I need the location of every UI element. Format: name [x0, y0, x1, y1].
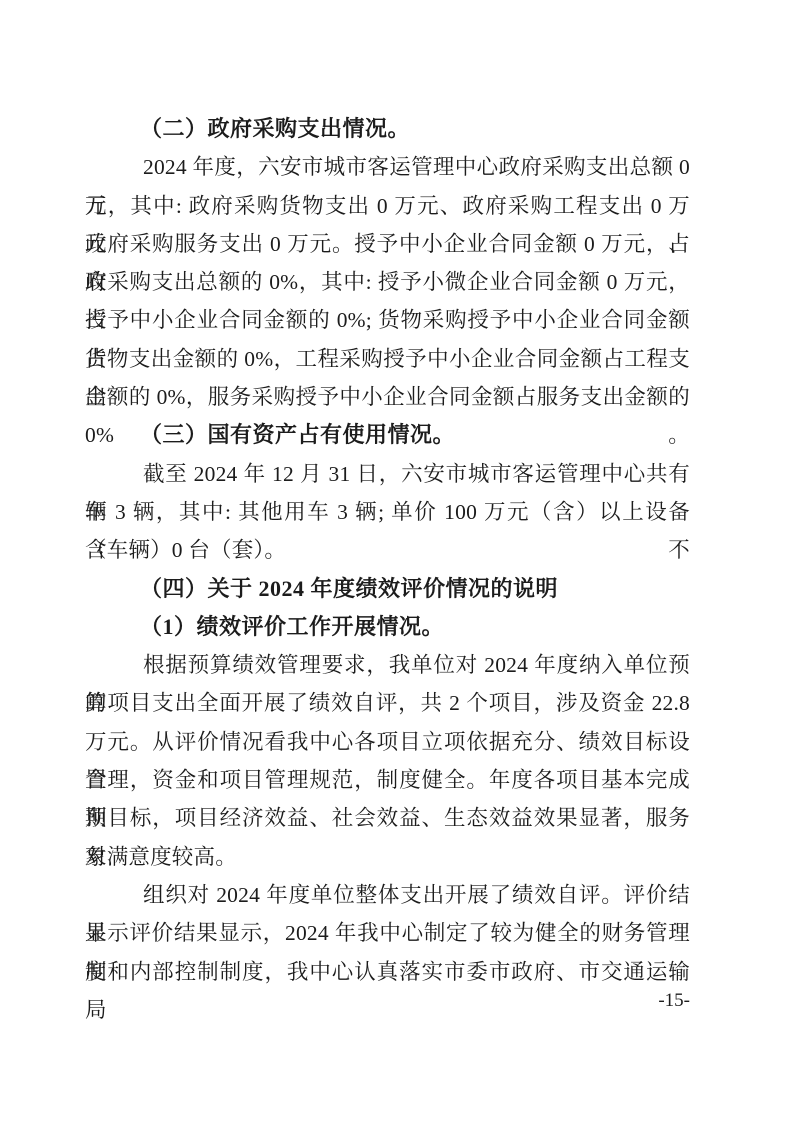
paragraph-line: 的项目支出全面开展了绩效自评，共 2 个项目，涉及资金 22.8: [85, 684, 690, 722]
document-body: （二）政府采购支出情况。 2024 年度，六安市城市客运管理中心政府采购支出总额…: [85, 110, 690, 991]
paragraph-line: 度和内部控制制度，我中心认真落实市委市政府、市交通运输局: [85, 953, 690, 991]
paragraph-line: 象满意度较高。: [85, 838, 690, 876]
paragraph-line: 组织对 2024 年度单位整体支出开展了绩效自评。评价结果: [85, 876, 690, 914]
paragraph-line: 显示评价结果显示，2024 年我中心制定了较为健全的财务管理制: [85, 914, 690, 952]
section-heading-performance-eval: （四）关于 2024 年度绩效评价情况的说明: [85, 570, 690, 608]
paragraph-line: 期目标，项目经济效益、社会效益、生态效益效果显著，服务对: [85, 799, 690, 837]
page-number: -15-: [85, 990, 690, 1012]
paragraph-line: 府采购支出总额的 0%，其中: 授予小微企业合同金额 0 万元，占: [85, 263, 690, 301]
paragraph-line: 2024 年度，六安市城市客运管理中心政府采购支出总额 0 万: [85, 148, 690, 186]
paragraph-line: 授予中小企业合同金额的 0%; 货物采购授予中小企业合同金额占: [85, 301, 690, 339]
document-page: （二）政府采购支出情况。 2024 年度，六安市城市客运管理中心政府采购支出总额…: [0, 0, 793, 1122]
paragraph-line: 辆 3 辆，其中: 其他用车 3 辆; 单价 100 万元（含）以上设备（不: [85, 493, 690, 531]
paragraph-line: 根据预算绩效管理要求，我单位对 2024 年度纳入单位预算: [85, 646, 690, 684]
paragraph-line: 政府采购服务支出 0 万元。授予中小企业合同金额 0 万元，占政: [85, 225, 690, 263]
section-heading-procurement: （二）政府采购支出情况。: [85, 110, 690, 148]
paragraph-line: 截至 2024 年 12 月 31 日，六安市城市客运管理中心共有车: [85, 455, 690, 493]
subsection-heading-eval-work: （1）绩效评价工作开展情况。: [85, 608, 690, 646]
paragraph-line: 元，其中: 政府采购货物支出 0 万元、政府采购工程支出 0 万元、: [85, 187, 690, 225]
paragraph-line: 金额的 0%，服务采购授予中小企业合同金额占服务支出金额的 0%。: [85, 378, 690, 416]
paragraph-line: 万元。从评价情况看我中心各项目立项依据充分、绩效目标设置: [85, 723, 690, 761]
paragraph-line: 合理，资金和项目管理规范，制度健全。年度各项目基本完成预: [85, 761, 690, 799]
paragraph-line: 货物支出金额的 0%，工程采购授予中小企业合同金额占工程支出: [85, 340, 690, 378]
